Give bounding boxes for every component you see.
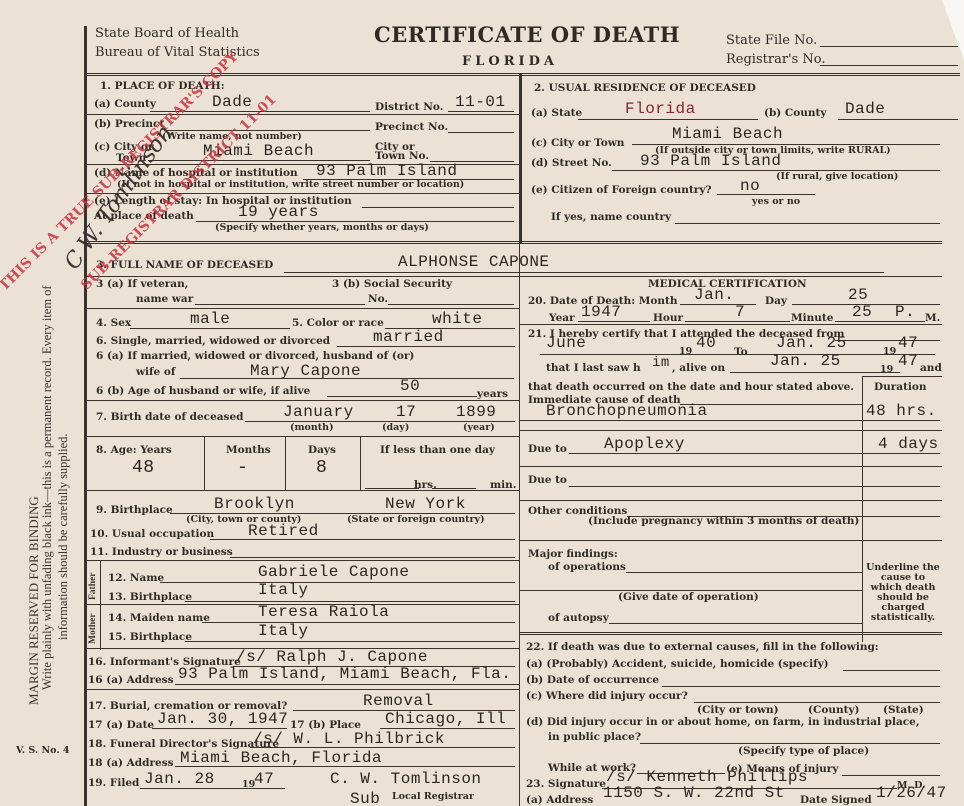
last-saw-year: 47 bbox=[898, 352, 918, 370]
external-c-label: (c) Where did injury occur? bbox=[526, 690, 688, 702]
father-birthplace-underline bbox=[185, 601, 515, 602]
age-days-label: Days bbox=[308, 444, 336, 456]
birthplace-city-value: Brooklyn bbox=[214, 495, 295, 513]
birthplace-state-value: New York bbox=[385, 495, 466, 513]
row-divider bbox=[862, 453, 940, 454]
filed-underline bbox=[140, 788, 285, 789]
due-to-2-label: Due to bbox=[528, 474, 567, 486]
marital-value: married bbox=[373, 328, 444, 346]
row-divider bbox=[519, 466, 942, 467]
precinct-no-label: Precinct No. bbox=[375, 121, 448, 133]
operations-label: of operations bbox=[548, 561, 626, 573]
physician-sig-label: 23. Signature bbox=[526, 778, 606, 790]
burial-date-value: Jan. 30, 1947 bbox=[157, 710, 288, 728]
citizen-underline bbox=[717, 194, 815, 195]
residence-street-value: 93 Palm Island bbox=[640, 152, 781, 170]
mother-tag: Mother bbox=[88, 613, 98, 644]
attended-to-year: 47 bbox=[898, 334, 918, 352]
death-ampm-value: P. bbox=[895, 303, 915, 321]
death-certificate: MARGIN RESERVED FOR BINDING Write plainl… bbox=[0, 0, 964, 806]
mother-birthplace-underline bbox=[185, 641, 515, 642]
country-underline bbox=[675, 223, 940, 224]
burial-date-underline bbox=[152, 728, 287, 729]
birth-month-value: January bbox=[283, 403, 354, 421]
death-year-underline bbox=[578, 321, 650, 322]
burial-place-value: Chicago, Ill bbox=[385, 710, 506, 728]
means-of-injury-underline bbox=[842, 775, 940, 776]
residence-city-label: (c) City or Town bbox=[531, 137, 624, 149]
mother-name-underline bbox=[202, 622, 515, 623]
mother-name-label: 14. Maiden name bbox=[108, 612, 210, 624]
attended-from-century: 19 bbox=[679, 346, 692, 357]
column-divider bbox=[519, 243, 520, 806]
row-divider bbox=[84, 276, 520, 277]
death-year-value: 1947 bbox=[581, 303, 621, 321]
city-no-label-2: Town No. bbox=[375, 150, 429, 162]
other-conditions-hint: (Include pregnancy within 3 months of de… bbox=[588, 515, 859, 527]
min-underline bbox=[432, 488, 476, 489]
due-to-1-underline bbox=[569, 453, 862, 454]
immediate-duration-value: 48 hrs. bbox=[866, 402, 937, 420]
veteran-label-1: 3 (a) If veteran, bbox=[96, 278, 188, 290]
citizen-label: (e) Citizen of Foreign country? bbox=[531, 184, 712, 196]
external-c-hint-county: (County) bbox=[808, 704, 860, 716]
external-a-label: (a) (Probably) Accident, suicide, homici… bbox=[526, 658, 829, 670]
operation-date-hint: (Give date of operation) bbox=[618, 591, 759, 603]
director-address-label: 18 (a) Address bbox=[88, 757, 174, 769]
external-d-label-1: (d) Did injury occur in or about home, o… bbox=[526, 716, 920, 728]
occupation-underline bbox=[210, 539, 515, 540]
spouse-label-2: wife of bbox=[136, 366, 175, 378]
birth-year-hint: (year) bbox=[463, 422, 495, 433]
attended-from-month: June bbox=[546, 334, 586, 352]
director-address-value: Miami Beach, Florida bbox=[180, 749, 382, 767]
last-saw-label-1: that I last saw h bbox=[546, 362, 641, 374]
father-birthplace-label: 13. Birthplace bbox=[108, 591, 192, 603]
row-divider bbox=[84, 114, 520, 115]
death-day-label: Day bbox=[765, 295, 787, 307]
ssn-label-2: No. bbox=[368, 293, 388, 305]
father-birthplace-value: Italy bbox=[258, 581, 309, 599]
spouse-age-unit: years bbox=[477, 388, 508, 400]
major-findings-label: Major findings: bbox=[528, 548, 618, 560]
row-divider bbox=[519, 540, 942, 541]
registrar-label: Local Registrar bbox=[392, 791, 474, 802]
registrar-value: C. W. Tomlinson bbox=[330, 770, 482, 788]
section-divider bbox=[84, 241, 942, 244]
document-title: CERTIFICATE OF DEATH bbox=[374, 22, 680, 47]
page-corner-fold bbox=[942, 0, 964, 60]
state-file-field[interactable] bbox=[820, 46, 958, 47]
death-minute-underline bbox=[835, 321, 925, 322]
death-year-label: Year bbox=[549, 312, 575, 324]
spouse-age-underline bbox=[327, 396, 477, 397]
death-m-label: M. bbox=[925, 312, 940, 324]
industry-label: 11. Industry or business bbox=[90, 546, 233, 558]
age-months-value: - bbox=[237, 458, 248, 478]
age-months-label: Months bbox=[226, 444, 271, 456]
mother-name-value: Teresa Raiola bbox=[258, 603, 389, 621]
race-value: white bbox=[432, 310, 483, 328]
spouse-age-value: 50 bbox=[400, 377, 420, 395]
last-saw-date: Jan. 25 bbox=[770, 352, 841, 370]
residence-state-value: Florida bbox=[625, 100, 696, 118]
sex-underline bbox=[130, 328, 290, 329]
external-c-hint-city: (City or town) bbox=[697, 704, 779, 716]
row-divider bbox=[84, 689, 520, 690]
death-hour-value: 7 bbox=[735, 303, 745, 321]
external-b-underline bbox=[662, 686, 940, 687]
filed-year-value: 47 bbox=[254, 770, 274, 788]
physician-address-value: 1150 S. W. 22nd St bbox=[603, 784, 785, 802]
date-signed-value: 1/26/47 bbox=[876, 784, 947, 802]
certify-underline bbox=[835, 340, 940, 341]
external-heading: 22. If death was due to external causes,… bbox=[526, 641, 879, 653]
state-file-label: State File No. bbox=[726, 33, 817, 48]
residence-heading: 2. USUAL RESIDENCE OF DECEASED bbox=[534, 82, 756, 94]
district-value: 11-01 bbox=[455, 93, 506, 111]
due-to-1-value: Apoplexy bbox=[604, 435, 685, 453]
row-divider bbox=[84, 308, 520, 309]
mother-birthplace-value: Italy bbox=[258, 622, 309, 640]
registrar-no-label: Registrar's No. bbox=[726, 52, 826, 67]
form-number: V. S. No. 4 bbox=[16, 745, 70, 756]
row-divider bbox=[519, 324, 942, 325]
father-name-value: Gabriele Capone bbox=[258, 563, 410, 581]
informant-address-value: 93 Palm Island, Miami Beach, Fla. bbox=[178, 665, 511, 683]
external-d-underline bbox=[640, 743, 940, 744]
age-days-value: 8 bbox=[316, 458, 327, 478]
less-than-day-label: If less than one day bbox=[380, 444, 495, 456]
attended-to-label: To bbox=[734, 346, 748, 358]
informant-address-label: 16 (a) Address bbox=[88, 674, 174, 686]
funeral-director-value: /s/ W. L. Philbrick bbox=[253, 730, 445, 748]
row-divider bbox=[519, 500, 942, 501]
race-label: 5. Color or race bbox=[292, 317, 384, 329]
sex-value: male bbox=[190, 310, 230, 328]
residence-county-label: (b) County bbox=[764, 107, 827, 119]
residence-state-label: (a) State bbox=[531, 107, 582, 119]
death-county-label: (a) County bbox=[94, 98, 156, 110]
operations-underline bbox=[626, 572, 862, 573]
last-saw-century: 19 bbox=[880, 364, 893, 375]
agency-line-1: State Board of Health bbox=[95, 26, 239, 41]
citizen-value: no bbox=[740, 177, 760, 195]
marital-label: 6. Single, married, widowed or divorced bbox=[96, 335, 330, 347]
precinct-no-underline bbox=[448, 132, 514, 133]
residence-street-label: (d) Street No. bbox=[531, 157, 612, 169]
mother-birthplace-label: 15. Birthplace bbox=[108, 631, 192, 643]
duration-top-line bbox=[862, 376, 942, 377]
burial-type-value: Removal bbox=[363, 692, 434, 710]
age-grid-divider bbox=[204, 436, 205, 490]
duration-label: Duration bbox=[874, 381, 927, 393]
attended-from-year: 40 bbox=[696, 334, 716, 352]
full-name-value: ALPHONSE CAPONE bbox=[398, 253, 550, 271]
birth-year-value: 1899 bbox=[456, 403, 496, 421]
due-to-1-duration: 4 days bbox=[878, 435, 939, 453]
death-hour-underline bbox=[685, 321, 790, 322]
autopsy-label: of autopsy bbox=[548, 612, 609, 624]
birthplace-label: 9. Birthplace bbox=[96, 504, 173, 516]
underline-note: Underline the cause to which death shoul… bbox=[866, 563, 940, 623]
residence-state-underline bbox=[578, 119, 758, 120]
birth-date-label: 7. Birth date of deceased bbox=[96, 411, 244, 423]
birth-month-hint: (month) bbox=[290, 422, 334, 433]
due-to-1-label: Due to bbox=[528, 443, 567, 455]
occupation-label: 10. Usual occupation bbox=[90, 528, 214, 540]
sex-label: 4. Sex bbox=[96, 317, 131, 329]
father-name-underline bbox=[160, 582, 515, 583]
veteran-label-2: name war bbox=[136, 293, 193, 305]
stay-hospital-underline bbox=[362, 207, 514, 208]
attended-to-date: Jan. 25 bbox=[776, 334, 847, 352]
row-divider bbox=[84, 560, 520, 561]
row-divider bbox=[519, 420, 862, 421]
physician-address-label: (a) Address bbox=[526, 794, 593, 806]
death-day-value: 25 bbox=[848, 286, 868, 304]
attended-underline bbox=[540, 354, 935, 355]
stay-value: 19 years bbox=[238, 203, 319, 221]
age-grid-divider bbox=[360, 436, 361, 490]
spouse-age-label: 6 (b) Age of husband or wife, if alive bbox=[96, 385, 310, 397]
birth-day-value: 17 bbox=[396, 403, 416, 421]
full-name-underline bbox=[284, 272, 884, 273]
parents-tag-divider bbox=[100, 560, 101, 650]
due-to-2-underline bbox=[569, 486, 862, 487]
immediate-cause-value: Bronchopneumonia bbox=[546, 402, 708, 420]
director-address-underline bbox=[175, 766, 515, 767]
birthplace-state-hint: (State or foreign country) bbox=[347, 514, 485, 525]
attended-to-century: 19 bbox=[883, 346, 896, 357]
birth-day-hint: (day) bbox=[382, 422, 409, 433]
father-tag: Father bbox=[88, 573, 98, 600]
row-divider bbox=[84, 400, 520, 401]
external-c-hint-state: (State) bbox=[883, 704, 924, 716]
section-divider-vertical bbox=[519, 73, 522, 243]
date-signed-label: Date Signed bbox=[800, 794, 872, 806]
death-county-value: Dade bbox=[212, 93, 252, 111]
age-grid-divider bbox=[285, 436, 286, 490]
residence-street-hint: (If rural, give location) bbox=[776, 171, 898, 182]
registrar-no-field[interactable] bbox=[820, 65, 958, 66]
occupation-value: Retired bbox=[248, 522, 319, 540]
death-city-underline bbox=[148, 160, 370, 161]
row-divider bbox=[519, 430, 942, 431]
residence-county-value: Dade bbox=[845, 100, 885, 118]
spouse-label-1: 6 (a) If married, widowed or divorced, h… bbox=[96, 350, 414, 362]
external-b-label: (b) Date of occurrence bbox=[526, 674, 659, 686]
full-name-label: 3. FULL NAME OF DECEASED bbox=[96, 259, 273, 271]
row-divider bbox=[862, 420, 940, 421]
age-years-value: 48 bbox=[132, 458, 155, 478]
last-saw-label-2: , alive on bbox=[672, 362, 725, 374]
autopsy-underline bbox=[609, 623, 862, 624]
country-label: If yes, name country bbox=[551, 211, 671, 223]
external-a-underline bbox=[843, 670, 940, 671]
marital-underline bbox=[337, 346, 515, 347]
age-years-label: 8. Age: Years bbox=[96, 444, 172, 456]
hrs-underline bbox=[365, 488, 419, 489]
hospital-hint: (If not in hospital or institution, writ… bbox=[117, 179, 464, 190]
last-saw-pronoun: im bbox=[652, 355, 670, 371]
section-divider bbox=[519, 632, 942, 635]
occurred-label: that death occurred on the date and hour… bbox=[528, 381, 854, 393]
burial-date-label: 17 (a) Date bbox=[88, 719, 154, 731]
death-month-value: Jan. bbox=[694, 286, 734, 304]
margin-instruction-line1: Write plainly with unfading black ink—th… bbox=[40, 285, 55, 690]
ssn-underline bbox=[388, 304, 514, 305]
informant-sig-value: /s/ Ralph J. Capone bbox=[236, 648, 428, 666]
stay-hint: (Specify whether years, months or days) bbox=[215, 222, 429, 233]
funeral-director-underline bbox=[250, 747, 515, 748]
death-hour-label: Hour bbox=[653, 312, 683, 324]
veteran-underline bbox=[195, 304, 365, 305]
row-divider bbox=[84, 193, 520, 194]
external-c-underline bbox=[694, 702, 940, 703]
burial-place-underline bbox=[380, 728, 515, 729]
district-underline bbox=[448, 111, 514, 112]
filed-date-value: Jan. 28 bbox=[144, 770, 215, 788]
row-divider bbox=[862, 516, 940, 517]
document-state: FLORIDA bbox=[462, 54, 558, 69]
row-divider bbox=[862, 486, 940, 487]
row-divider bbox=[84, 490, 520, 491]
ssn-label-1: 3 (b) Social Security bbox=[332, 278, 452, 290]
death-minute-value: 25 bbox=[852, 303, 872, 321]
external-d-hint: (Specify type of place) bbox=[738, 745, 869, 757]
district-label: District No. bbox=[375, 101, 443, 113]
filed-label: 19. Filed bbox=[88, 777, 139, 789]
industry-underline bbox=[230, 557, 515, 558]
residence-county-underline bbox=[838, 119, 958, 120]
citizen-hint: yes or no bbox=[752, 196, 800, 207]
death-minute-label: Minute bbox=[791, 312, 833, 324]
father-name-label: 12. Name bbox=[108, 572, 164, 584]
registrar-prefix: Sub bbox=[350, 790, 380, 806]
external-d-label-2: in public place? bbox=[548, 731, 641, 743]
row-divider bbox=[519, 276, 942, 277]
informant-address-underline bbox=[175, 684, 520, 685]
last-saw-underline bbox=[730, 372, 900, 373]
hospital-value: 93 Palm Island bbox=[316, 162, 457, 180]
residence-city-value: Miami Beach bbox=[672, 125, 783, 143]
margin-instruction-line2: information should be carefully supplied… bbox=[56, 433, 71, 640]
spouse-underline bbox=[180, 378, 514, 379]
row-divider bbox=[84, 436, 520, 437]
and-label: and bbox=[920, 362, 942, 374]
duration-column-divider bbox=[862, 376, 863, 642]
